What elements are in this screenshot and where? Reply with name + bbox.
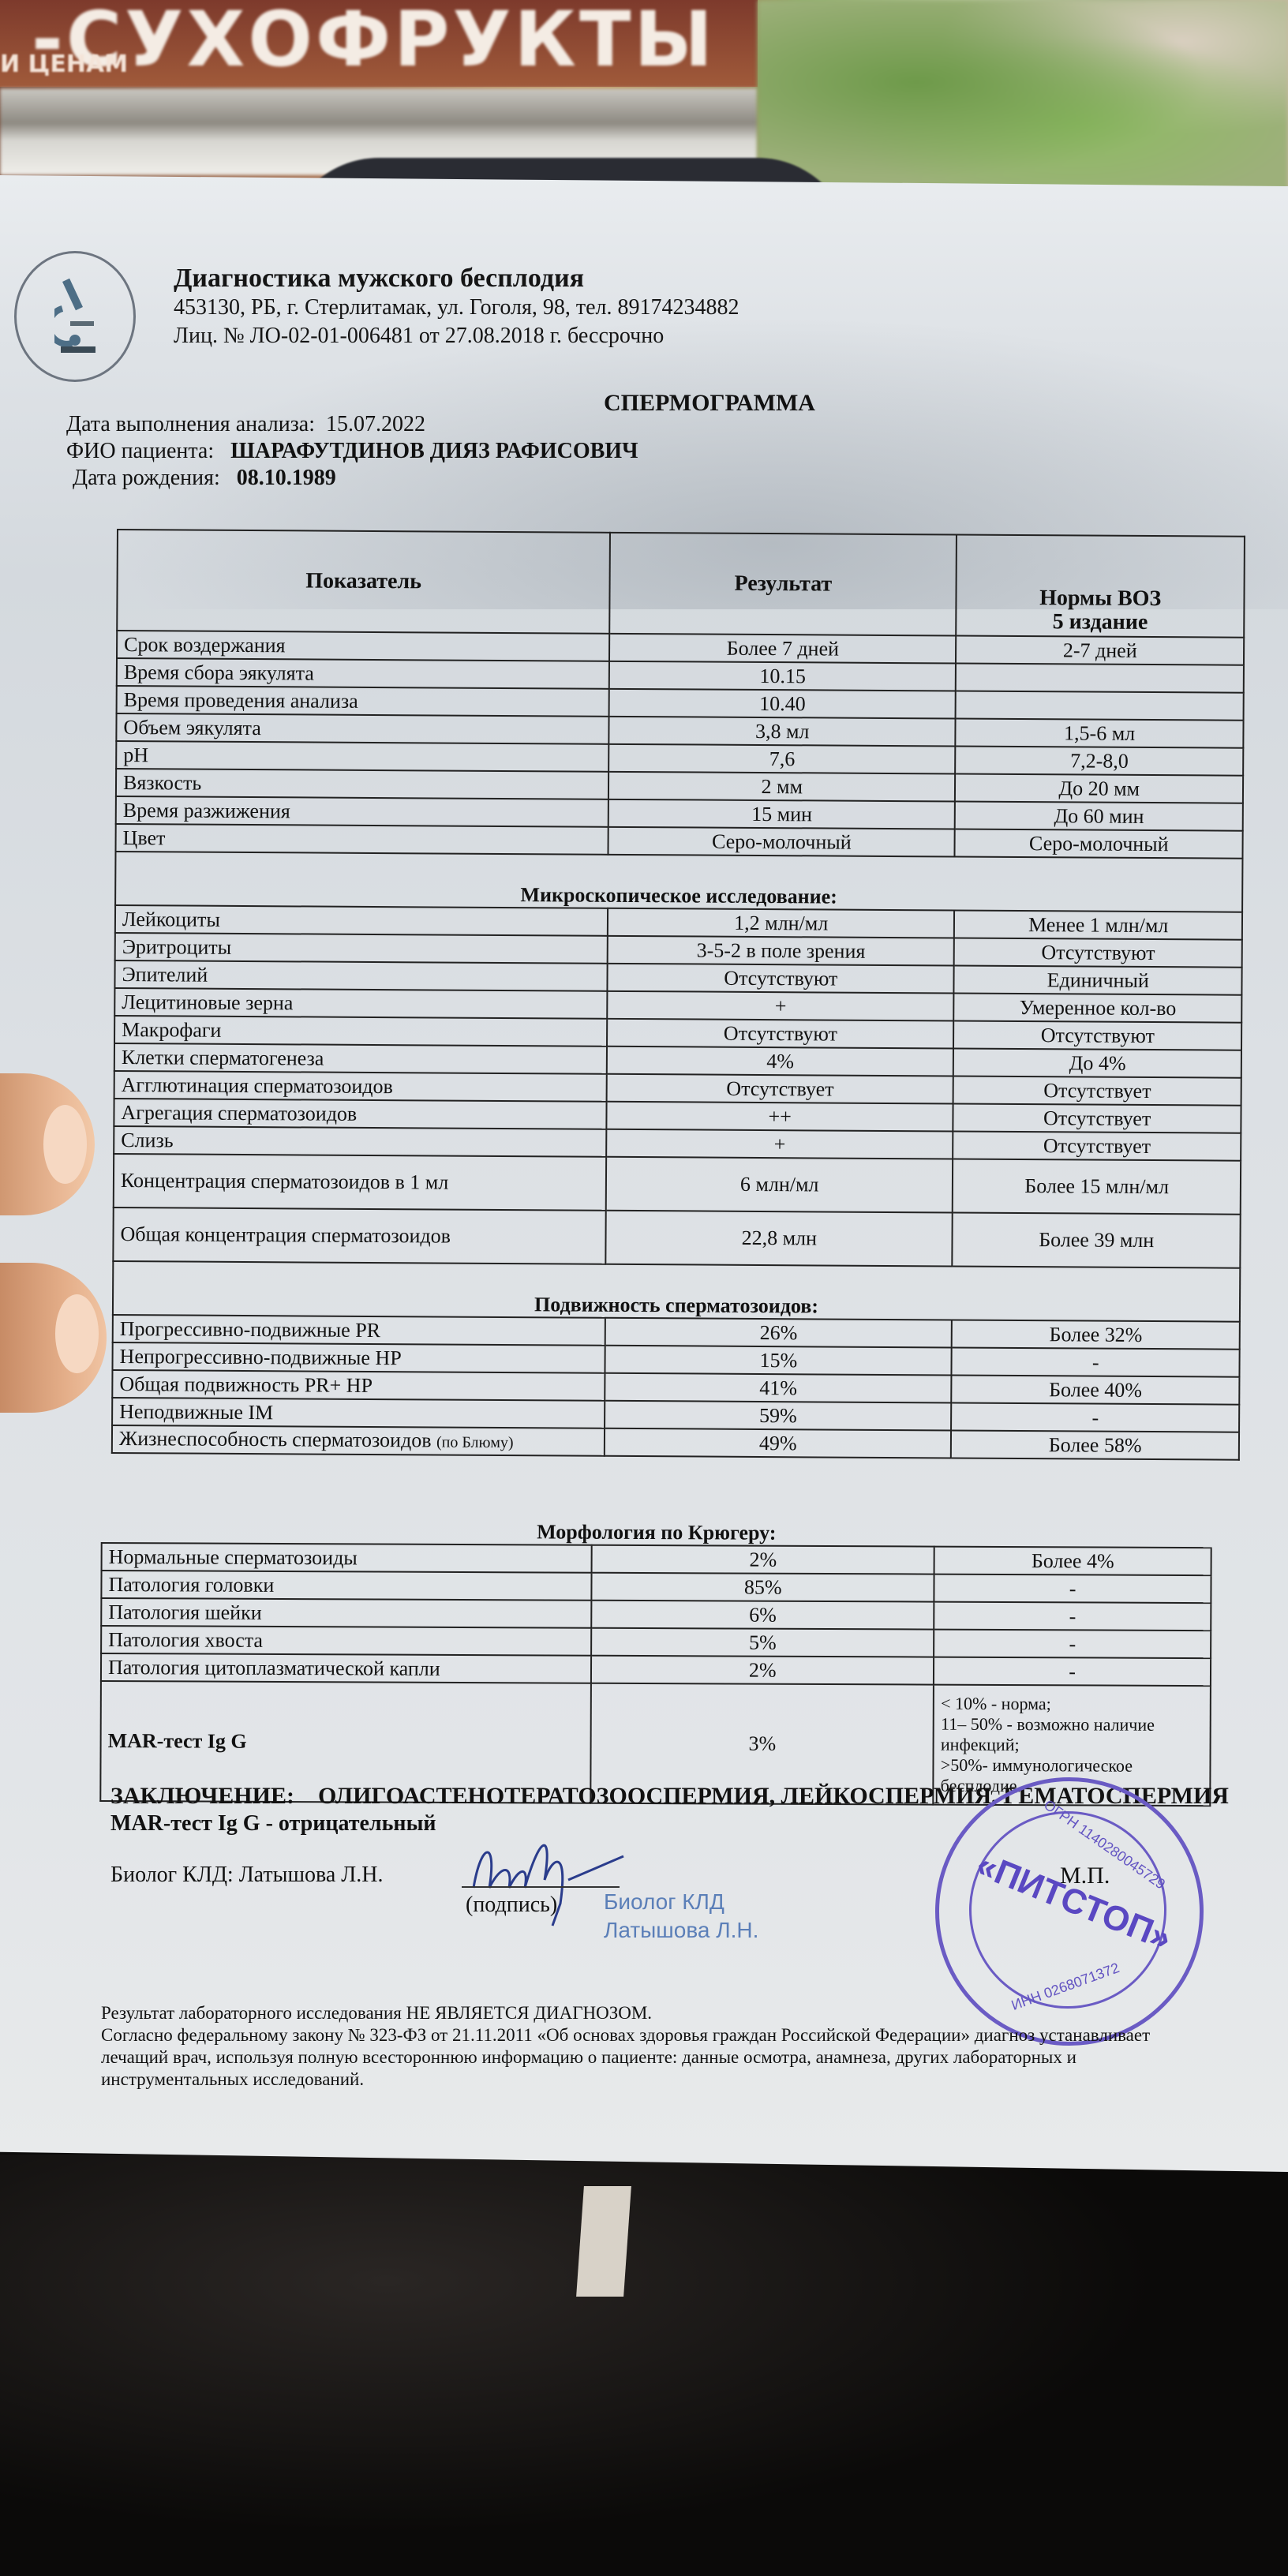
row-result: 59% — [605, 1401, 952, 1431]
row-norm: Более 32% — [952, 1320, 1240, 1349]
row-indicator: Эпителий — [114, 960, 607, 991]
row-result: 10.40 — [609, 689, 957, 719]
row-indicator: Общая подвижность PR+ HP — [112, 1370, 605, 1401]
row-indicator: Агглютинация сперматозоидов — [114, 1071, 607, 1102]
section-morphology: Морфология по Крюгеру: — [102, 1490, 1211, 1548]
shop-banner: -СУХОФРУКТЫ И ЦЕНАМ — [0, 0, 758, 87]
row-norm: - — [934, 1574, 1211, 1604]
row-norm: Отсутствуют — [954, 938, 1242, 967]
row-indicator: Лейкоциты — [115, 905, 608, 936]
lab-header: Диагностика мужского бесплодия 453130, Р… — [174, 264, 739, 350]
banner-text: -СУХОФРУКТЫ — [32, 0, 716, 84]
patient-name: ШАРАФУТДИНОВ ДИЯЗ РАФИСОВИЧ — [230, 439, 638, 463]
row-result: 15 мин — [608, 799, 956, 829]
row-result: 2 мм — [608, 772, 956, 802]
conclusion-mar: MAR-тест Ig G - отрицательный — [110, 1811, 436, 1837]
table-row: Жизнеспособность сперматозоидов (по Блюм… — [112, 1425, 1239, 1460]
row-norm: - — [951, 1402, 1239, 1432]
row-norm — [956, 691, 1244, 720]
table-row: Общая концентрация сперматозоидов22,8 мл… — [113, 1207, 1240, 1268]
section-motility: Подвижность сперматозоидов: — [113, 1261, 1240, 1322]
row-indicator: Макрофаги — [114, 1016, 607, 1046]
row-indicator: Эритроциты — [115, 933, 608, 964]
row-norm: Более 58% — [951, 1430, 1239, 1459]
table-header-row: Показатель Результат Нормы ВОЗ 5 издание — [117, 530, 1245, 638]
row-norm: 2-7 дней — [956, 635, 1244, 665]
row-norm: 7,2-8,0 — [956, 746, 1244, 775]
row-result: 4% — [607, 1046, 954, 1076]
row-norm: Отсутствует — [953, 1076, 1241, 1105]
analysis-date: 15.07.2022 — [326, 412, 425, 436]
row-indicator: Неподвижные IM — [112, 1398, 605, 1428]
row-result: Отсутствует — [607, 1074, 954, 1104]
birth-date-label: Дата рождения: — [73, 466, 220, 490]
row-result: 2% — [591, 1656, 934, 1685]
row-result: 1,2 млн/мл — [608, 908, 955, 938]
row-indicator: Объем эякулята — [116, 713, 608, 744]
row-indicator: pH — [116, 741, 608, 772]
row-norm: До 60 мин — [955, 801, 1243, 830]
row-result: 6 млн/мл — [606, 1157, 953, 1213]
row-norm: - — [934, 1657, 1211, 1687]
disclaimer: Результат лабораторного исследования НЕ … — [101, 2002, 1206, 2091]
row-indicator: Патология хвоста — [101, 1626, 591, 1656]
row-indicator: Концентрация сперматозоидов в 1 мл — [114, 1154, 606, 1211]
row-norm: Отсутствуют — [953, 1020, 1241, 1050]
section-microscopy: Микроскопическое исследование: — [115, 852, 1242, 912]
row-norm: Умеренное кол-во — [954, 993, 1242, 1022]
row-indicator: Патология цитоплазматической капли — [101, 1653, 591, 1683]
row-result: Отсутствуют — [608, 964, 955, 994]
disclaimer-line-2: Согласно федеральному закону № 323-ФЗ от… — [101, 2024, 1206, 2091]
row-result: 49% — [605, 1428, 952, 1458]
row-norm — [956, 663, 1244, 692]
patient-label: ФИО пациента: — [66, 439, 214, 463]
lab-address: 453130, РБ, г. Стерлитамак, ул. Гоголя, … — [174, 294, 739, 322]
row-norm: До 4% — [953, 1048, 1241, 1077]
row-norm: Отсутствует — [953, 1131, 1241, 1160]
lab-license: Лиц. № ЛО-02-01-006481 от 27.08.2018 г. … — [174, 322, 739, 350]
row-indicator: Общая концентрация сперматозоидов — [113, 1207, 605, 1264]
row-result: 3-5-2 в поле зрения — [608, 936, 955, 966]
row-result: Серо-молочный — [608, 827, 956, 857]
row-result: 10.15 — [609, 661, 957, 691]
row-indicator: Клетки сперматогенеза — [114, 1043, 607, 1074]
finger — [0, 1065, 103, 1421]
biologist-stamp: Биолог КЛД Латышова Л.Н. — [604, 1888, 758, 1945]
row-indicator: Цвет — [116, 824, 608, 855]
analysis-date-label: Дата выполнения анализа: — [66, 412, 315, 436]
row-result: 2% — [592, 1545, 934, 1574]
row-result: 85% — [592, 1573, 934, 1602]
row-indicator: Патология головки — [101, 1571, 591, 1601]
header-result: Результат — [609, 533, 957, 636]
birth-date: 08.10.1989 — [237, 466, 336, 490]
row-result: 5% — [591, 1628, 934, 1657]
row-result: + — [607, 991, 954, 1021]
row-indicator: Время разжижения — [116, 796, 608, 827]
patient-line: ФИО пациента: ШАРАФУТДИНОВ ДИЯЗ РАФИСОВИ… — [66, 439, 638, 464]
row-norm: До 20 мм — [955, 773, 1243, 803]
row-result: 6% — [591, 1601, 934, 1630]
report-paper: Диагностика мужского бесплодия 453130, Р… — [0, 175, 1288, 2172]
row-indicator: Патология шейки — [101, 1598, 591, 1628]
document-title: СПЕРМОГРАММА — [604, 390, 815, 417]
row-indicator: Нормальные сперматозоиды — [102, 1543, 592, 1573]
row-indicator: Срок воздержания — [117, 631, 609, 661]
analysis-date-line: Дата выполнения анализа: 15.07.2022 — [66, 412, 425, 437]
signature-line — [462, 1886, 620, 1888]
row-norm: Более 4% — [934, 1547, 1211, 1576]
row-norm: Более 15 млн/мл — [953, 1159, 1241, 1214]
row-indicator: Непрогрессивно-подвижные HP — [112, 1342, 605, 1373]
header-indicator: Показатель — [117, 530, 610, 634]
row-indicator: Жизнеспособность сперматозоидов (по Блюм… — [112, 1425, 605, 1456]
row-indicator: Слизь — [114, 1126, 606, 1157]
row-norm: - — [934, 1630, 1211, 1659]
light-reflection — [576, 2186, 631, 2297]
signature-caption: (подпись) — [466, 1893, 557, 1918]
row-norm: - — [952, 1347, 1240, 1376]
row-indicator: Агрегация сперматозоидов — [114, 1099, 606, 1129]
conclusion-label: ЗАКЛЮЧЕНИЕ: — [110, 1783, 294, 1809]
row-indicator: Время сбора эякулята — [117, 658, 609, 689]
row-norm: Серо-молочный — [955, 829, 1243, 858]
row-norm: - — [934, 1602, 1211, 1631]
trees — [758, 0, 1288, 205]
row-result: 22,8 млн — [605, 1211, 953, 1267]
banner-subtext: И ЦЕНАМ — [0, 51, 128, 78]
signer-name: Биолог КЛД: Латышова Л.Н. — [110, 1863, 384, 1888]
row-norm: Отсутствует — [953, 1103, 1241, 1133]
row-indicator: Прогрессивно-подвижные PR — [113, 1315, 605, 1346]
row-norm: Более 39 млн — [953, 1212, 1241, 1267]
row-norm: 1,5-6 мл — [956, 718, 1244, 747]
row-result: Отсутствуют — [607, 1019, 954, 1049]
lab-name: Диагностика мужского бесплодия — [174, 264, 739, 294]
row-indicator: Время проведения анализа — [117, 686, 609, 717]
row-result: 15% — [605, 1346, 953, 1376]
lab-logo — [14, 251, 136, 382]
morphology-table: Морфология по Крюгеру:Нормальные спермат… — [99, 1490, 1212, 1807]
row-indicator: Вязкость — [116, 769, 608, 799]
row-indicator: Лецитиновые зерна — [114, 988, 607, 1019]
row-result: + — [606, 1129, 953, 1159]
row-result: ++ — [606, 1102, 953, 1132]
row-result: 7,6 — [608, 744, 956, 774]
background-dark-surface — [0, 2155, 1288, 2576]
row-result: 41% — [605, 1373, 952, 1403]
row-norm: Более 40% — [952, 1375, 1240, 1404]
row-result: Более 7 дней — [609, 634, 957, 664]
disclaimer-line-1: Результат лабораторного исследования НЕ … — [101, 2002, 1206, 2024]
row-result: 3,8 мл — [608, 717, 956, 747]
results-table: Показатель Результат Нормы ВОЗ 5 издание… — [111, 529, 1245, 1461]
seal-label: М.П. — [1060, 1863, 1110, 1889]
header-norms: Нормы ВОЗ 5 издание — [957, 535, 1245, 638]
row-norm: Единичный — [954, 965, 1242, 994]
birth-date-line: Дата рождения: 08.10.1989 — [73, 466, 336, 491]
microscope-icon — [54, 277, 102, 356]
row-norm: Менее 1 млн/мл — [954, 910, 1242, 939]
table-row: Концентрация сперматозоидов в 1 мл6 млн/… — [114, 1154, 1241, 1215]
row-result: 26% — [605, 1318, 953, 1348]
